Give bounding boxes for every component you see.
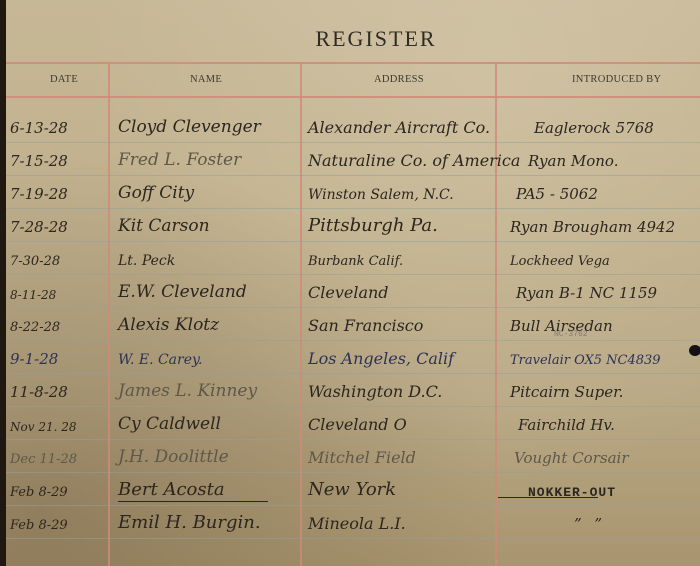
entry-name: Alexis Klotz bbox=[118, 315, 219, 335]
entry-address: Naturaline Co. of America bbox=[308, 151, 520, 170]
entry-date: 11-8-28 bbox=[10, 383, 68, 401]
entry-name: Cy Caldwell bbox=[118, 414, 221, 434]
entry-address: New York bbox=[308, 479, 396, 500]
register-entry: Dec 11-28 J.H. Doolittle Mitchel Field V… bbox=[6, 438, 700, 471]
register-entry: 7-19-28 Goff City Winston Salem, N.C. PA… bbox=[6, 174, 700, 207]
ruled-line bbox=[6, 538, 700, 539]
register-entry: 8-22-28 Alexis Klotz San Francisco Bull … bbox=[6, 306, 700, 339]
register-page: REGISTER DATE NAME ADDRESS INTRODUCED BY… bbox=[6, 0, 700, 566]
entry-introduced-by: Ryan Mono. bbox=[528, 152, 618, 170]
entry-address: Pittsburgh Pa. bbox=[308, 215, 438, 236]
entry-address: Burbank Calif. bbox=[308, 254, 403, 269]
entry-address: Cleveland bbox=[308, 283, 389, 302]
entry-address: Mitchel Field bbox=[308, 448, 416, 467]
intro-strike-line bbox=[498, 497, 598, 498]
entry-date: Feb 8-29 bbox=[10, 485, 68, 500]
register-entry: 7-28-28 Kit Carson Pittsburgh Pa. Ryan B… bbox=[6, 207, 700, 240]
entry-name: Bert Acosta bbox=[118, 479, 225, 500]
entry-introduced-by: Lockheed Vega bbox=[510, 254, 610, 269]
entry-date: Feb 8-29 bbox=[10, 518, 68, 533]
entry-name: Fred L. Foster bbox=[118, 150, 241, 170]
entry-address: Winston Salem, N.C. bbox=[308, 187, 454, 203]
register-entry: Feb 8-29 Bert Acosta New York NOKKER-OUT bbox=[6, 471, 700, 504]
entry-introduced-by: Ryan Brougham 4942 bbox=[510, 218, 675, 236]
entry-name: J.H. Doolittle bbox=[118, 447, 229, 467]
entry-date: 9-1-28 bbox=[10, 350, 58, 368]
entry-name: E.W. Cleveland bbox=[118, 282, 247, 302]
entry-introduced-by: Fairchild Hv. bbox=[518, 416, 615, 434]
entry-introduced-by: Eaglerock 5768 bbox=[534, 119, 654, 137]
entry-name: W. E. Carey. bbox=[118, 352, 203, 368]
entry-date: Nov 21. 28 bbox=[10, 420, 77, 434]
entry-name: James L. Kinney bbox=[118, 381, 257, 401]
register-entry: Nov 21. 28 Cy Caldwell Cleveland O Fairc… bbox=[6, 405, 700, 438]
entry-address: Mineola L.I. bbox=[308, 514, 406, 533]
entry-date: 7-19-28 bbox=[10, 185, 68, 203]
column-header-name: NAME bbox=[190, 74, 222, 85]
entry-date: 8-22-28 bbox=[10, 320, 60, 335]
register-entry: 7-15-28 Fred L. Foster Naturaline Co. of… bbox=[6, 141, 700, 174]
register-entry: 6-13-28 Cloyd Clevenger Alexander Aircra… bbox=[6, 108, 700, 141]
entry-name: Lt. Peck bbox=[118, 253, 175, 269]
entry-introduced-by: Ryan B-1 NC 1159 bbox=[516, 284, 657, 302]
column-header-date: DATE bbox=[50, 74, 78, 85]
column-header-address: ADDRESS bbox=[374, 74, 424, 85]
entry-name: Kit Carson bbox=[118, 216, 210, 236]
entry-date: 7-15-28 bbox=[10, 152, 68, 170]
entry-address: Cleveland O bbox=[308, 415, 407, 434]
entry-introduced-by: Pitcairn Super. bbox=[510, 383, 623, 401]
entry-name: Goff City bbox=[118, 183, 194, 203]
entry-address: San Francisco bbox=[308, 316, 423, 335]
entry-introduced-by: Vought Corsair bbox=[514, 449, 629, 467]
column-header-introduced-by: INTRODUCED BY bbox=[572, 74, 661, 85]
entry-date: 8-11-28 bbox=[10, 288, 56, 302]
entry-introduced-by: Bull Airsedan bbox=[510, 317, 613, 335]
entry-introduced-by: Travelair OX5 NC4839 bbox=[510, 353, 661, 368]
register-entry: 7-30-28 Lt. Peck Burbank Calif. Lockheed… bbox=[6, 240, 700, 273]
entry-introduced-by: PA5 - 5062 bbox=[516, 185, 598, 203]
register-entry: 8-11-28 E.W. Cleveland Cleveland Ryan B-… bbox=[6, 273, 700, 306]
register-entry: Feb 8-29 Emil H. Burgin. Mineola L.I. ” … bbox=[6, 504, 700, 537]
header-top-rule bbox=[6, 62, 700, 64]
entry-address: Los Angeles, Calif bbox=[308, 349, 454, 368]
entry-date: 7-28-28 bbox=[10, 218, 68, 236]
entry-date: Dec 11-28 bbox=[10, 452, 77, 467]
register-entry: 11-8-28 James L. Kinney Washington D.C. … bbox=[6, 372, 700, 405]
register-entry: 9-1-28 W. E. Carey. Los Angeles, Calif T… bbox=[6, 339, 700, 372]
entry-address: Washington D.C. bbox=[308, 382, 442, 401]
header-bottom-rule bbox=[6, 96, 700, 98]
entry-name: Cloyd Clevenger bbox=[118, 117, 261, 137]
entry-name: Emil H. Burgin. bbox=[118, 512, 261, 533]
entry-introduced-by: ” ” bbox=[574, 515, 606, 533]
entry-date: 7-30-28 bbox=[10, 254, 60, 269]
name-underline bbox=[118, 501, 268, 502]
entry-date: 6-13-28 bbox=[10, 119, 68, 137]
page-title: REGISTER bbox=[6, 26, 700, 52]
entry-address: Alexander Aircraft Co. bbox=[308, 118, 490, 137]
